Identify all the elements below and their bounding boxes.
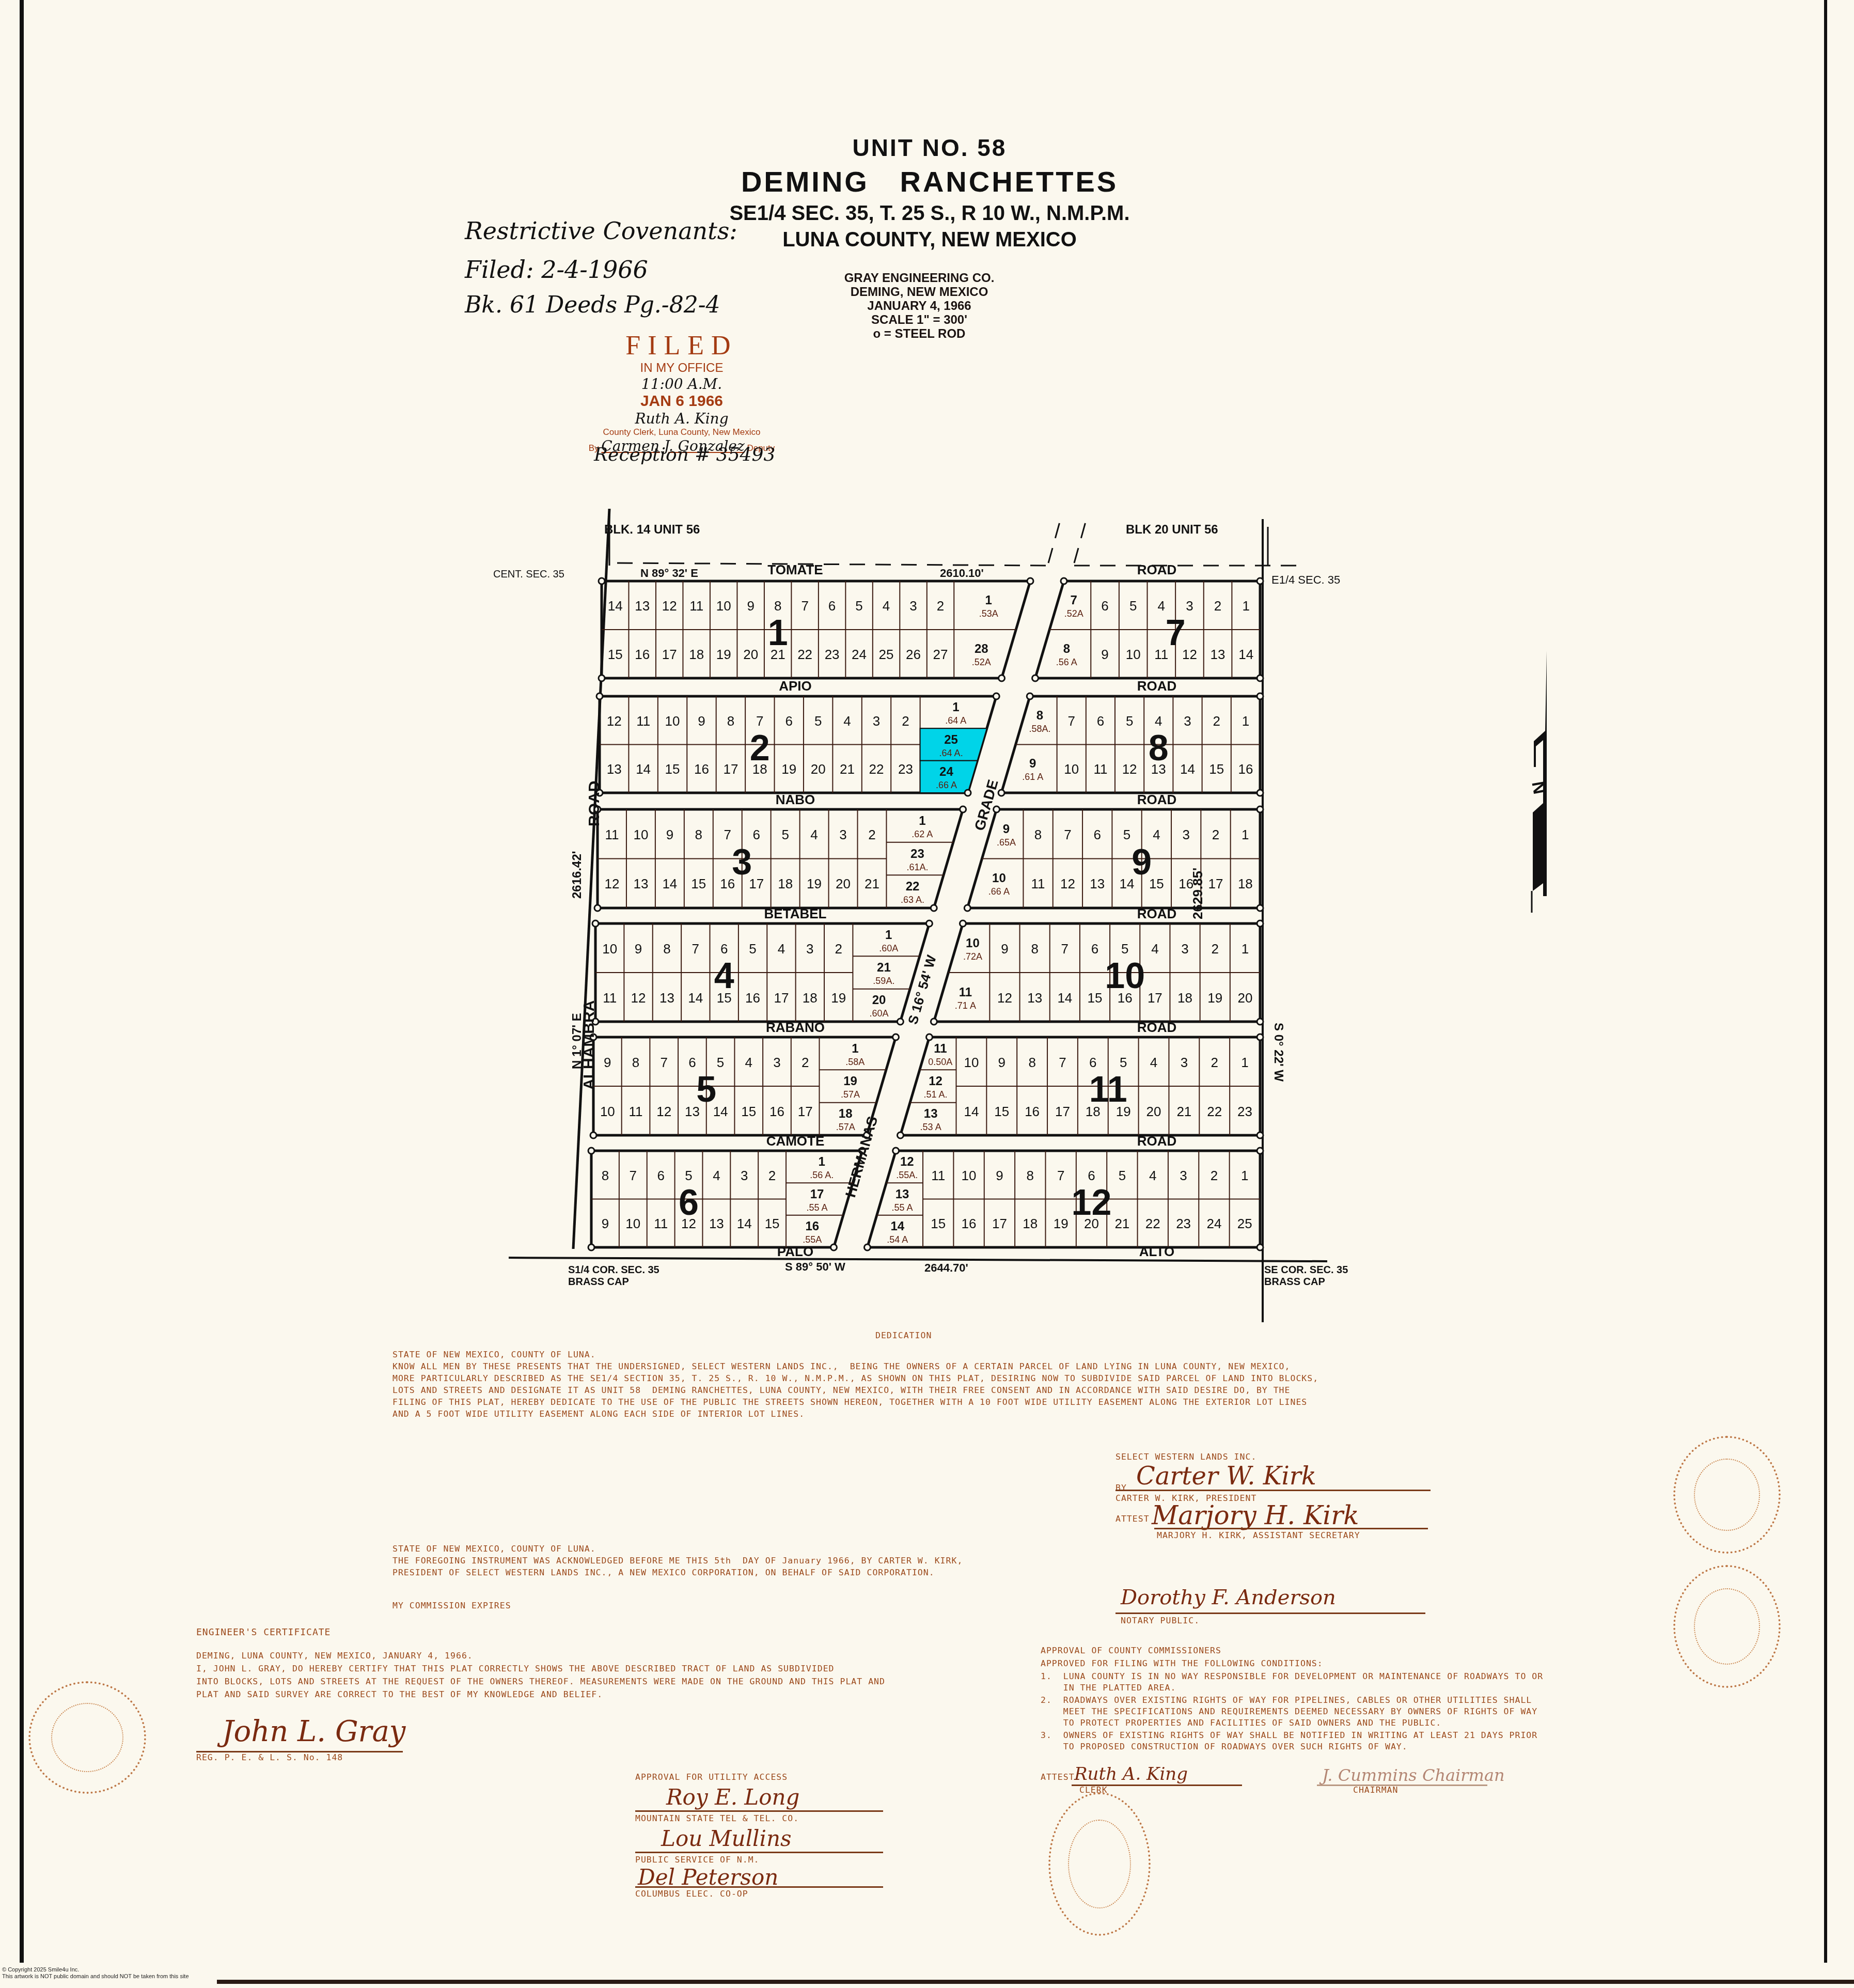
lot-number: 16 — [962, 1216, 977, 1231]
lot-number: 17 — [723, 761, 738, 777]
lot-area: .55 A — [892, 1202, 913, 1213]
lot-number: 5 — [781, 827, 789, 842]
county-condition-line: 3. OWNERS OF EXISTING RIGHTS OF WAY SHAL… — [1041, 1730, 1543, 1752]
lot-number: 18 — [689, 647, 704, 662]
lot-number: 7 — [1061, 941, 1069, 957]
lot-number: 12 — [1122, 761, 1137, 777]
lot-number: 8 — [1063, 642, 1070, 656]
lot-number: 4 — [1153, 827, 1160, 842]
east-distance: 2629.85' — [1190, 868, 1205, 919]
lot-number: 7 — [801, 598, 808, 614]
lot-number: 12 — [662, 598, 677, 614]
lot-area: .60A — [870, 1008, 889, 1019]
lot-number: 9 — [635, 941, 642, 957]
lot-number: 21 — [1114, 1216, 1129, 1231]
lot-number: 9 — [996, 1168, 1003, 1183]
steel-rod-icon — [599, 675, 605, 681]
block-number: 2 — [750, 728, 770, 768]
lot-number: 14 — [662, 876, 677, 891]
lot-number: 24 — [852, 647, 867, 662]
lot-number: 14 — [1057, 990, 1072, 1006]
county-condition-line: 2. ROADWAYS OVER EXISTING RIGHTS OF WAY … — [1041, 1695, 1543, 1729]
lot-number: 8 — [774, 598, 781, 614]
lot-number: 8 — [727, 713, 734, 729]
lot-number: 7 — [660, 1055, 667, 1070]
lot-number: 9 — [602, 1216, 609, 1231]
south-distance: 2644.70' — [924, 1261, 968, 1274]
lot-number: 10 — [966, 936, 980, 950]
notary-signature-line — [1115, 1613, 1425, 1614]
lot-number: 10 — [1064, 761, 1079, 777]
lot-number: 3 — [1186, 598, 1193, 614]
lot-number: 1 — [819, 1155, 825, 1169]
lot-number: 10 — [716, 598, 731, 614]
lot-number: 14 — [890, 1219, 904, 1233]
block-number: 1 — [768, 613, 788, 653]
lot-number: 5 — [814, 713, 822, 729]
lot-area: .58A. — [1029, 724, 1051, 734]
lot-number: 18 — [1238, 876, 1253, 891]
lot-area: .64 A — [945, 715, 966, 726]
lot-number: 3 — [839, 827, 846, 842]
lot-area: .56 A. — [810, 1170, 834, 1180]
lot-number: 20 — [1237, 990, 1252, 1006]
lot-number: 5 — [685, 1168, 692, 1183]
lot-number: 2 — [802, 1055, 809, 1070]
east-bearing: S 0° 22' W — [1271, 1023, 1285, 1082]
secretary-signature: Marjory H. Kirk — [1152, 1500, 1359, 1530]
lot-area: .53 A — [920, 1122, 941, 1132]
lot-number: 23 — [1237, 1104, 1252, 1119]
road-name-east: ROAD — [1137, 1133, 1177, 1149]
lot-number: 1 — [1241, 1055, 1248, 1070]
bottom-border — [217, 1980, 1854, 1984]
road-name-west: NABO — [776, 792, 815, 807]
lot-number: 5 — [717, 1055, 724, 1070]
steel-rod-icon — [926, 1034, 933, 1040]
utility-signature-2: Lou Mullins — [661, 1826, 792, 1851]
lot-number: 17 — [992, 1216, 1007, 1231]
steel-rod-icon — [1257, 693, 1263, 699]
lot-number: 8 — [1027, 1168, 1034, 1183]
lot-number: 6 — [720, 941, 728, 957]
lot-number: 8 — [632, 1055, 639, 1070]
lot-number: 8 — [695, 827, 702, 842]
acknowledgment-line: PRESIDENT OF SELECT WESTERN LANDS INC., … — [392, 1567, 963, 1578]
dedication-line: FILING OF THIS PLAT, HEREBY DEDICATE TO … — [392, 1397, 1318, 1408]
lot-number: 14 — [737, 1216, 752, 1231]
lot-number: 5 — [1126, 713, 1133, 729]
engineer-cert-line: INTO BLOCKS, LOTS AND STREETS AT THE REQ… — [196, 1676, 885, 1687]
lot-number: 2 — [1213, 713, 1220, 729]
lot-number: 5 — [749, 941, 756, 957]
corner-se-cap: BRASS CAP — [1264, 1276, 1325, 1288]
steel-rod-icon — [588, 1148, 594, 1154]
steel-rod-icon — [1027, 693, 1033, 699]
steel-rod-icon — [1061, 578, 1067, 584]
lot-number: 13 — [607, 761, 622, 777]
lot-area: .55A. — [896, 1170, 918, 1180]
lot-number: 3 — [1181, 941, 1188, 957]
lot-area: .55A — [803, 1234, 822, 1245]
lot-number: 5 — [855, 598, 862, 614]
lot-number: 9 — [747, 598, 754, 614]
lot-number: 11 — [629, 1104, 643, 1119]
lot-number: 15 — [994, 1104, 1009, 1119]
steel-rod-icon — [897, 1132, 903, 1138]
lot-number: 8 — [663, 941, 670, 957]
county-approval-heading: APPROVAL OF COUNTY COMMISSIONERS — [1041, 1645, 1221, 1656]
block-number: 7 — [1166, 613, 1186, 653]
lot-number: 15 — [1088, 990, 1103, 1006]
lot-number: 6 — [1091, 941, 1098, 957]
steel-rod-icon — [830, 1244, 837, 1250]
lot-number: 12 — [929, 1074, 942, 1088]
lot-number: 17 — [1055, 1104, 1070, 1119]
lot-area: .66 A — [936, 780, 957, 790]
owner-company: SELECT WESTERN LANDS INC. — [1115, 1451, 1256, 1463]
lot-number: 2 — [768, 1168, 776, 1183]
road-name-west: APIO — [779, 678, 812, 694]
lot-number: 10 — [600, 1104, 615, 1119]
dedication-line: MORE PARTICULARLY DESCRIBED AS THE SE1/4… — [392, 1373, 1318, 1384]
block-number: 5 — [696, 1069, 716, 1109]
lot-number: 2 — [868, 827, 875, 842]
road-alhambra-road: ROAD — [586, 781, 603, 826]
lot-number: 12 — [605, 876, 620, 891]
lot-number: 7 — [1057, 1168, 1064, 1183]
corner-center-sec35: CENT. SEC. 35 — [493, 569, 564, 580]
lot-number: 4 — [1151, 941, 1158, 957]
lot-number: 23 — [825, 647, 840, 662]
lot-number: 16 — [745, 990, 760, 1006]
utility-line-1 — [635, 1810, 883, 1812]
lot-number: 20 — [811, 761, 826, 777]
road-name-east: ROAD — [1137, 678, 1177, 694]
block-number: 10 — [1105, 956, 1145, 996]
lot-number: 4 — [883, 598, 890, 614]
engineer-cert-line: I, JOHN L. GRAY, DO HEREBY CERTIFY THAT … — [196, 1663, 885, 1674]
lot-number: 12 — [1060, 876, 1075, 891]
lot-number: 1 — [919, 814, 925, 828]
lot-number: 22 — [797, 647, 812, 662]
lot-number: 16 — [694, 761, 709, 777]
steel-rod-icon — [931, 1019, 937, 1025]
lot-number: 4 — [1158, 598, 1165, 614]
lot-number: 14 — [1238, 647, 1253, 662]
lot-number: 10 — [964, 1055, 979, 1070]
engineer-registration: REG. P. E. & L. S. No. 148 — [196, 1752, 343, 1763]
lot-area: .71 A — [955, 1000, 976, 1011]
lot-number: 15 — [741, 1104, 756, 1119]
steel-rod-icon — [590, 1132, 596, 1138]
chairman-signature: J. Cummins Chairman — [1322, 1765, 1505, 1785]
corner-e-quarter: E1/4 SEC. 35 — [1271, 573, 1340, 586]
steel-rod-icon — [893, 1034, 899, 1040]
block-number: 8 — [1149, 728, 1169, 768]
county-conditions: 1. LUNA COUNTY IS IN NO WAY RESPONSIBLE … — [1041, 1671, 1543, 1754]
lot-number: 17 — [1148, 990, 1162, 1006]
lot-number: 19 — [843, 1074, 857, 1088]
copyright-line-2: This artwork is NOT public domain and sh… — [2, 1974, 189, 1980]
lot-number: 5 — [1121, 941, 1128, 957]
lot-number: 26 — [906, 647, 921, 662]
lot-number: 2 — [1211, 1168, 1218, 1183]
steel-rod-icon — [599, 578, 605, 584]
attest-label: ATTEST — [1115, 1513, 1150, 1525]
steel-rod-icon — [1257, 675, 1263, 681]
lot-area: .53A — [979, 608, 998, 619]
lot-number: 13 — [633, 876, 648, 891]
county-seal-icon — [1048, 1792, 1151, 1936]
utility-company-1: MOUNTAIN STATE TEL & TEL. CO. — [635, 1813, 799, 1824]
lot-number: 22 — [1145, 1216, 1160, 1231]
lot-number: 14 — [688, 990, 703, 1006]
lot-number: 11 — [603, 990, 617, 1006]
lot-number: 2 — [835, 941, 842, 957]
county-attest-label: ATTEST — [1041, 1772, 1075, 1783]
lot-number: 15 — [1209, 761, 1224, 777]
lot-area: .57A — [836, 1122, 855, 1132]
lot-number: 7 — [724, 827, 731, 842]
lot-area: 0.50A — [928, 1057, 952, 1067]
lot-number: 3 — [741, 1168, 748, 1183]
steel-rod-icon — [897, 1019, 903, 1025]
lot-number: 13 — [1211, 647, 1225, 662]
lot-number: 6 — [1097, 713, 1104, 729]
lot-number: 10 — [633, 827, 648, 842]
lot-number: 19 — [807, 876, 822, 891]
road-name-west: RABANO — [766, 1020, 825, 1035]
lot-number: 17 — [1208, 876, 1223, 891]
lot-number: 5 — [1129, 598, 1137, 614]
lot-number: 21 — [840, 761, 855, 777]
road-grade: GRADE — [971, 778, 1001, 833]
steel-rod-icon — [965, 790, 971, 796]
lot-area: .57A — [841, 1089, 860, 1100]
steel-rod-icon — [864, 1244, 870, 1250]
steel-rod-icon — [993, 693, 999, 699]
secretary-signature-line — [1154, 1528, 1428, 1529]
notary-title: NOTARY PUBLIC. — [1121, 1615, 1200, 1626]
dedication-line: KNOW ALL MEN BY THESE PRESENTS THAT THE … — [392, 1361, 1318, 1372]
road-alhambra: ALHAMBRA — [580, 1000, 598, 1090]
lot-area: .55 A — [807, 1202, 828, 1213]
lot-number: 5 — [1120, 1055, 1127, 1070]
steel-rod-icon — [1257, 1132, 1263, 1138]
steel-rod-icon — [1257, 920, 1263, 927]
lot-number: 2 — [902, 713, 909, 729]
steel-rod-icon — [588, 1244, 594, 1250]
lot-number: 25 — [944, 733, 958, 747]
lot-number: 1 — [1241, 1168, 1248, 1183]
steel-rod-icon — [999, 675, 1005, 681]
lot-number: 16 — [1025, 1104, 1040, 1119]
utility-company-2: PUBLIC SERVICE OF N.M. — [635, 1854, 760, 1866]
lot-number: 18 — [1177, 990, 1192, 1006]
lot-number: 12 — [997, 990, 1012, 1006]
lot-number: 12 — [631, 990, 646, 1006]
lot-number: 3 — [909, 598, 917, 614]
block-number: 9 — [1132, 842, 1152, 882]
engineer-cert-heading: ENGINEER'S CERTIFICATE — [196, 1627, 331, 1638]
commission-expires: MY COMMISSION EXPIRES — [392, 1600, 511, 1611]
lot-number: 20 — [1146, 1104, 1161, 1119]
west-distance: 2616.42' — [570, 851, 584, 899]
road-name-east: ALTO — [1139, 1244, 1174, 1259]
lot-number: 6 — [1088, 1168, 1095, 1183]
lot-number: 20 — [743, 647, 758, 662]
adjacent-block-east: BLK 20 UNIT 56 — [1126, 523, 1218, 537]
lot-number: 9 — [998, 1055, 1005, 1070]
lot-number: 22 — [869, 761, 884, 777]
lot-number: 7 — [1071, 593, 1077, 607]
lot-number: 11 — [934, 1042, 947, 1056]
road-name-west: CAMOTE — [766, 1133, 825, 1149]
lot-number: 4 — [745, 1055, 752, 1070]
block-number: 4 — [714, 956, 734, 996]
lot-number: 16 — [805, 1219, 819, 1233]
lot-number: 7 — [1064, 827, 1071, 842]
steel-rod-icon — [1257, 578, 1263, 584]
road-name-west: PALO — [777, 1244, 813, 1259]
lot-number: 3 — [806, 941, 813, 957]
lot-area: .61A. — [906, 862, 928, 872]
steel-rod-icon — [964, 905, 970, 911]
lot-number: 3 — [773, 1055, 780, 1070]
lot-number: 24 — [939, 765, 953, 779]
lot-area: .51 A. — [923, 1089, 947, 1100]
dedication-line: STATE OF NEW MEXICO, COUNTY OF LUNA. — [392, 1349, 1318, 1360]
lot-number: 8 — [1036, 709, 1043, 723]
lot-number: 14 — [1180, 761, 1195, 777]
lot-number: 19 — [716, 647, 731, 662]
lot-number: 9 — [1101, 647, 1108, 662]
county-clerk-signature: Ruth A. King — [1074, 1764, 1188, 1784]
lot-number: 11 — [959, 985, 972, 999]
lot-area: .64 A. — [939, 748, 963, 758]
lot-number: 22 — [1207, 1104, 1222, 1119]
steel-rod-icon — [931, 905, 937, 911]
lot-number: 21 — [865, 876, 879, 891]
lot-number: 15 — [765, 1216, 780, 1231]
dedication-line: AND A 5 FOOT WIDE UTILITY EASEMENT ALONG… — [392, 1408, 1318, 1420]
lot-number: 6 — [688, 1055, 696, 1070]
lot-number: 7 — [692, 941, 699, 957]
road-name-west: BETABEL — [764, 906, 827, 921]
lot-number: 11 — [1031, 876, 1045, 891]
lot-number: 2 — [1212, 827, 1219, 842]
block-number: 3 — [732, 842, 752, 882]
lot-number: 3 — [1182, 827, 1189, 842]
lot-number: 4 — [1149, 1168, 1156, 1183]
dedication-line: LOTS AND STREETS AND DESIGNATE IT AS UNI… — [392, 1385, 1318, 1396]
lot-number: 6 — [1094, 827, 1101, 842]
lot-number: 28 — [975, 642, 988, 656]
utility-line-2 — [635, 1852, 883, 1853]
engineer-signature: John L. Gray — [222, 1715, 405, 1748]
corner-se: SE COR. SEC. 35 — [1264, 1264, 1348, 1276]
chairman-line — [1317, 1784, 1487, 1786]
steel-rod-icon — [596, 693, 603, 699]
chairman-title: CHAIRMAN — [1353, 1784, 1398, 1796]
lot-number: 10 — [962, 1168, 977, 1183]
block-number: 6 — [679, 1182, 699, 1223]
lot-number: 2 — [937, 598, 944, 614]
lot-number: 16 — [769, 1104, 784, 1119]
lot-number: 6 — [752, 827, 760, 842]
lot-area: .52A — [972, 657, 991, 667]
utility-company-3: COLUMBUS ELEC. CO-OP — [635, 1888, 748, 1900]
lot-number: 23 — [1176, 1216, 1191, 1231]
steel-rod-icon — [994, 806, 1000, 812]
lot-number: 6 — [1101, 598, 1108, 614]
lot-number: 1 — [952, 700, 959, 714]
lot-number: 17 — [798, 1104, 813, 1119]
lot-number: 1 — [1242, 713, 1249, 729]
lot-number: 27 — [933, 647, 948, 662]
lot-area: .66 A — [988, 886, 1010, 897]
lot-number: 4 — [1150, 1055, 1157, 1070]
lot-number: 4 — [713, 1168, 720, 1183]
dedication-heading: DEDICATION — [875, 1330, 932, 1341]
lot-number: 9 — [1029, 757, 1036, 771]
lot-number: 20 — [872, 993, 886, 1007]
lot-number: 10 — [665, 713, 680, 729]
lot-number: 13 — [1027, 990, 1042, 1006]
south-bearing: S 89° 50' W — [785, 1260, 845, 1273]
acknowledgment-line: THE FOREGOING INSTRUMENT WAS ACKNOWLEDGE… — [392, 1555, 963, 1567]
steel-rod-icon — [1257, 1019, 1263, 1025]
steel-rod-icon — [1257, 790, 1263, 796]
lot-number: 25 — [1237, 1216, 1252, 1231]
lot-number: 17 — [774, 990, 789, 1006]
lot-number: 11 — [636, 713, 650, 729]
lot-number: 18 — [839, 1107, 853, 1121]
lot-number: 8 — [602, 1168, 609, 1183]
steel-rod-icon — [960, 920, 966, 927]
steel-rod-icon — [1027, 578, 1033, 584]
engineer-cert-line: DEMING, LUNA COUNTY, NEW MEXICO, JANUARY… — [196, 1650, 885, 1662]
lot-number: 21 — [877, 961, 891, 975]
lot-number: 11 — [654, 1216, 668, 1231]
lot-number: 25 — [879, 647, 894, 662]
lot-number: 15 — [931, 1216, 946, 1231]
north-distance: 2610.10' — [940, 567, 984, 580]
lot-number: 12 — [656, 1104, 671, 1119]
steel-rod-icon — [998, 790, 1004, 796]
lot-number: 22 — [906, 880, 920, 894]
lot-number: 17 — [662, 647, 677, 662]
lot-number: 18 — [1023, 1216, 1038, 1231]
president-signature: Carter W. Kirk — [1136, 1462, 1316, 1491]
lot-number: 13 — [709, 1216, 724, 1231]
lot-number: 13 — [635, 598, 650, 614]
lot-number: 8 — [1031, 941, 1038, 957]
lot-number: 11 — [931, 1168, 945, 1183]
lot-number: 23 — [898, 761, 913, 777]
lot-number: 12 — [607, 713, 622, 729]
lot-number: 7 — [630, 1168, 637, 1183]
lot-number: 11 — [1093, 761, 1107, 777]
lot-number: 6 — [785, 713, 793, 729]
steel-rod-icon — [926, 920, 932, 927]
steel-rod-icon — [1257, 1148, 1263, 1154]
lot-number: 11 — [605, 827, 619, 842]
lot-number: 10 — [602, 941, 617, 957]
lot-number: 6 — [828, 598, 836, 614]
lot-area: .52A — [1064, 608, 1083, 619]
